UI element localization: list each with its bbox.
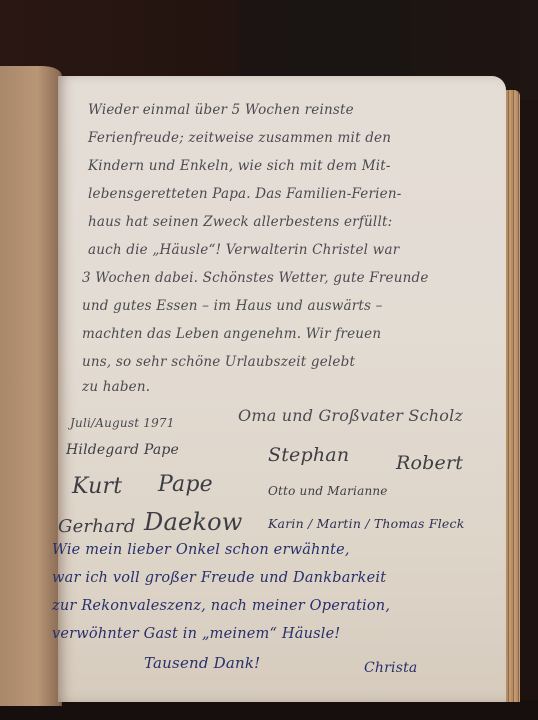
entry1-line: machten das Leben angenehm. Wir freuen <box>82 326 381 342</box>
entry1-line: lebensgeretteten Papa. Das Familien-Feri… <box>88 186 402 202</box>
guestbook-page: Wieder einmal über 5 Wochen reinste Feri… <box>58 76 506 702</box>
entry2-signature: Christa <box>364 660 417 676</box>
signature-robert: Robert <box>396 452 463 474</box>
entry2-closing: Tausend Dank! <box>144 654 260 672</box>
signature-daekow: Daekow <box>144 508 243 536</box>
entry2-line: Wie mein lieber Onkel schon erwähnte, <box>52 542 350 558</box>
signature-gerhard: Gerhard <box>58 516 136 537</box>
entry1-signature: Oma und Großvater Scholz <box>238 406 463 425</box>
entry1-line: auch die „Häusle“! Verwalterin Christel … <box>88 242 399 258</box>
signature-pape: Pape <box>158 472 213 497</box>
entry1-line: 3 Wochen dabei. Schönstes Wetter, gute F… <box>82 270 429 286</box>
entry1-date: Juli/August 1971 <box>70 416 175 430</box>
background-shadow <box>240 0 410 75</box>
entry1-line: Kindern und Enkeln, wie sich mit dem Mit… <box>88 158 391 174</box>
signature-stephan: Stephan <box>268 444 349 466</box>
table-surface <box>0 700 538 720</box>
entry1-line: Wieder einmal über 5 Wochen reinste <box>88 102 354 118</box>
entry1-line: uns, so sehr schöne Urlaubszeit gelebt <box>82 354 355 370</box>
entry1-line: und gutes Essen – im Haus und auswärts – <box>82 298 383 314</box>
entry1-line: Ferienfreude; zeitweise zusammen mit den <box>88 130 391 146</box>
signature-kurt: Kurt <box>72 474 122 499</box>
entry2-line: zur Rekonvaleszenz, nach meiner Operatio… <box>52 598 390 614</box>
signature-otto-marianne: Otto und Marianne <box>268 484 388 498</box>
entry1-line: zu haben. <box>82 379 150 395</box>
entry1-line: haus hat seinen Zweck allerbestens erfül… <box>88 214 392 230</box>
book-page-edges <box>506 90 520 702</box>
entry2-line: verwöhnter Gast in „meinem“ Häusle! <box>52 626 340 642</box>
signature-hildegard-pape: Hildegard Pape <box>66 442 179 458</box>
signature-karin-martin-thomas: Karin / Martin / Thomas Fleck <box>268 516 464 531</box>
entry2-line: war ich voll großer Freude und Dankbarke… <box>52 570 386 586</box>
